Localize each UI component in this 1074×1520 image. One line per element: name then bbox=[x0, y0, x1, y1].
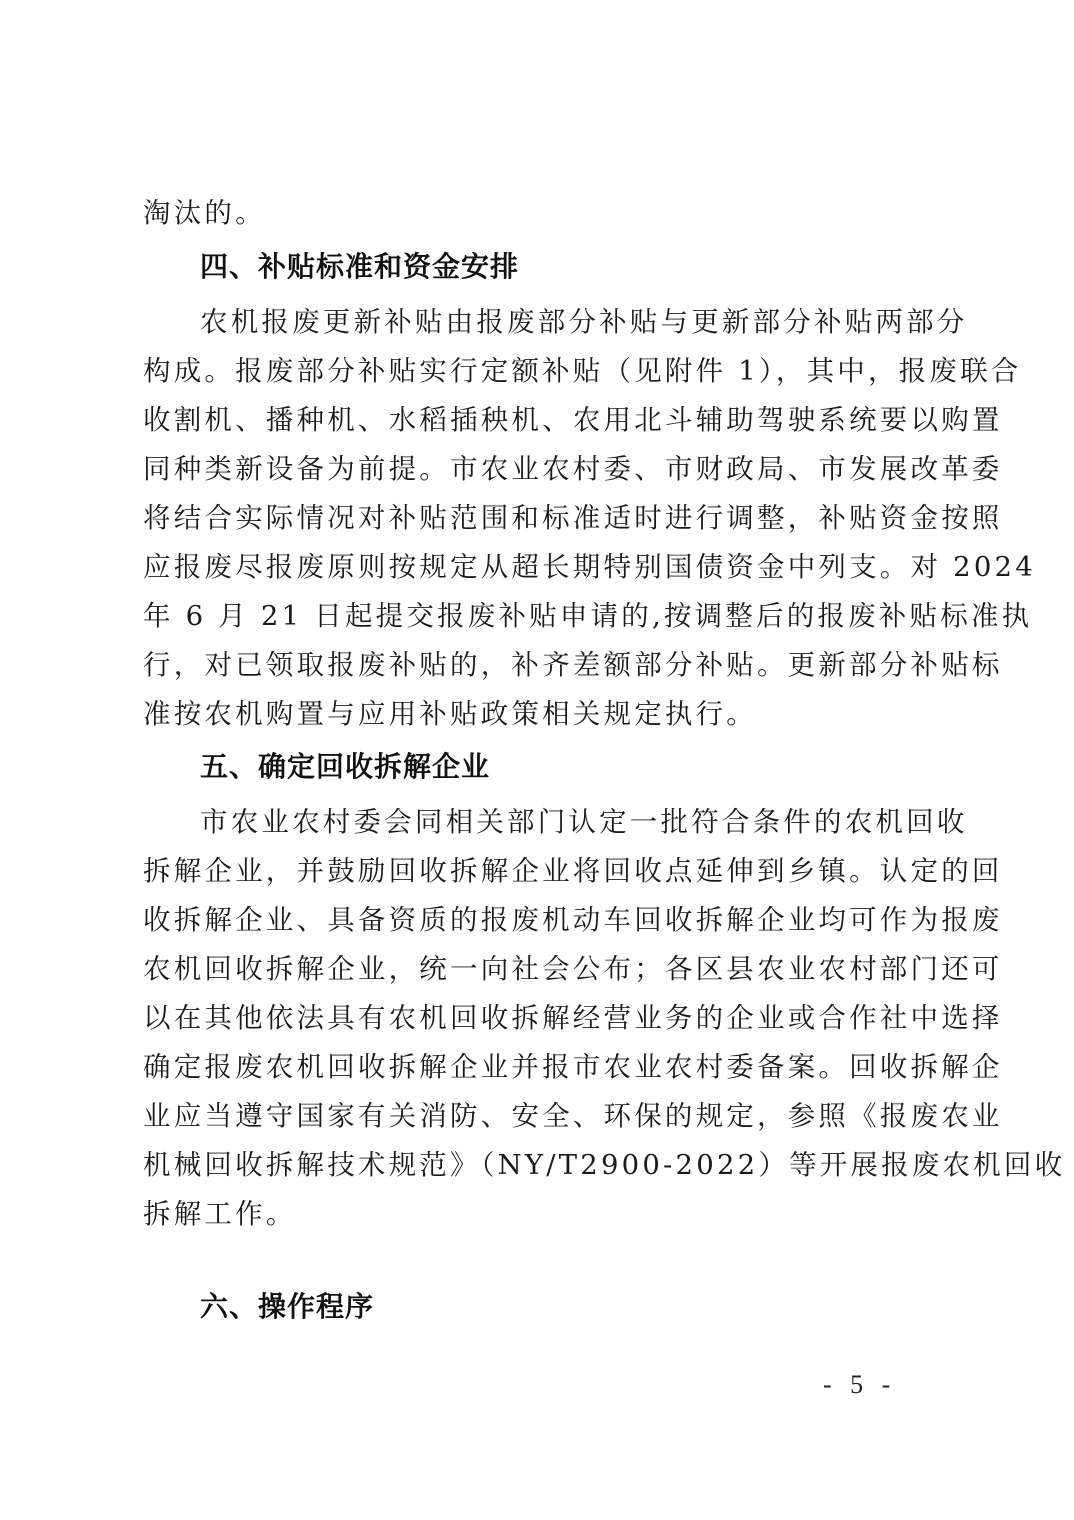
paragraph-line: 机械回收拆解技术规范》（NY/T2900-2022）等开展报废农机回收 bbox=[143, 1148, 943, 1182]
paragraph-line: 同种类新设备为前提。市农业农村委、市财政局、市发展改革委 bbox=[143, 452, 943, 486]
paragraph-line: 淘汰的。 bbox=[143, 196, 943, 230]
paragraph-line: 农机回收拆解企业，统一向社会公布；各区县农业农村部门还可 bbox=[143, 952, 943, 986]
document-page: 淘汰的。 四、补贴标准和资金安排 农机报废更新补贴由报废部分补贴与更新部分补贴两… bbox=[0, 0, 1074, 1520]
section-heading-6: 六、操作程序 bbox=[200, 1290, 374, 1324]
paragraph-line: 将结合实际情况对补贴范围和标准适时进行调整，补贴资金按照 bbox=[143, 501, 943, 535]
paragraph-line: 市农业农村委会同相关部门认定一批符合条件的农机回收 bbox=[200, 805, 942, 839]
paragraph-line: 构成。报废部分补贴实行定额补贴（见附件 1），其中，报废联合 bbox=[143, 354, 943, 388]
section-heading-5: 五、确定回收拆解企业 bbox=[200, 750, 490, 784]
page-number: - 5 - bbox=[823, 1370, 896, 1400]
paragraph-line: 业应当遵守国家有关消防、安全、环保的规定，参照《报废农业 bbox=[143, 1099, 943, 1133]
paragraph-line: 以在其他依法具有农机回收拆解经营业务的企业或合作社中选择 bbox=[143, 1001, 943, 1035]
paragraph-line: 年 6 月 21 日起提交报废补贴申请的,按调整后的报废补贴标准执 bbox=[143, 599, 943, 633]
paragraph-line: 准按农机购置与应用补贴政策相关规定执行。 bbox=[143, 697, 943, 731]
paragraph-line: 农机报废更新补贴由报废部分补贴与更新部分补贴两部分 bbox=[200, 305, 942, 339]
paragraph-line: 应报废尽报废原则按规定从超长期特别国债资金中列支。对 2024 bbox=[143, 550, 943, 584]
section-heading-4: 四、补贴标准和资金安排 bbox=[200, 250, 519, 284]
paragraph-line: 拆解工作。 bbox=[143, 1197, 943, 1231]
paragraph-line: 收割机、播种机、水稻插秧机、农用北斗辅助驾驶系统要以购置 bbox=[143, 403, 943, 437]
paragraph-line: 收拆解企业、具备资质的报废机动车回收拆解企业均可作为报废 bbox=[143, 903, 943, 937]
paragraph-line: 拆解企业，并鼓励回收拆解企业将回收点延伸到乡镇。认定的回 bbox=[143, 854, 943, 888]
paragraph-line: 确定报废农机回收拆解企业并报市农业农村委备案。回收拆解企 bbox=[143, 1050, 943, 1084]
paragraph-line: 行，对已领取报废补贴的，补齐差额部分补贴。更新部分补贴标 bbox=[143, 648, 943, 682]
